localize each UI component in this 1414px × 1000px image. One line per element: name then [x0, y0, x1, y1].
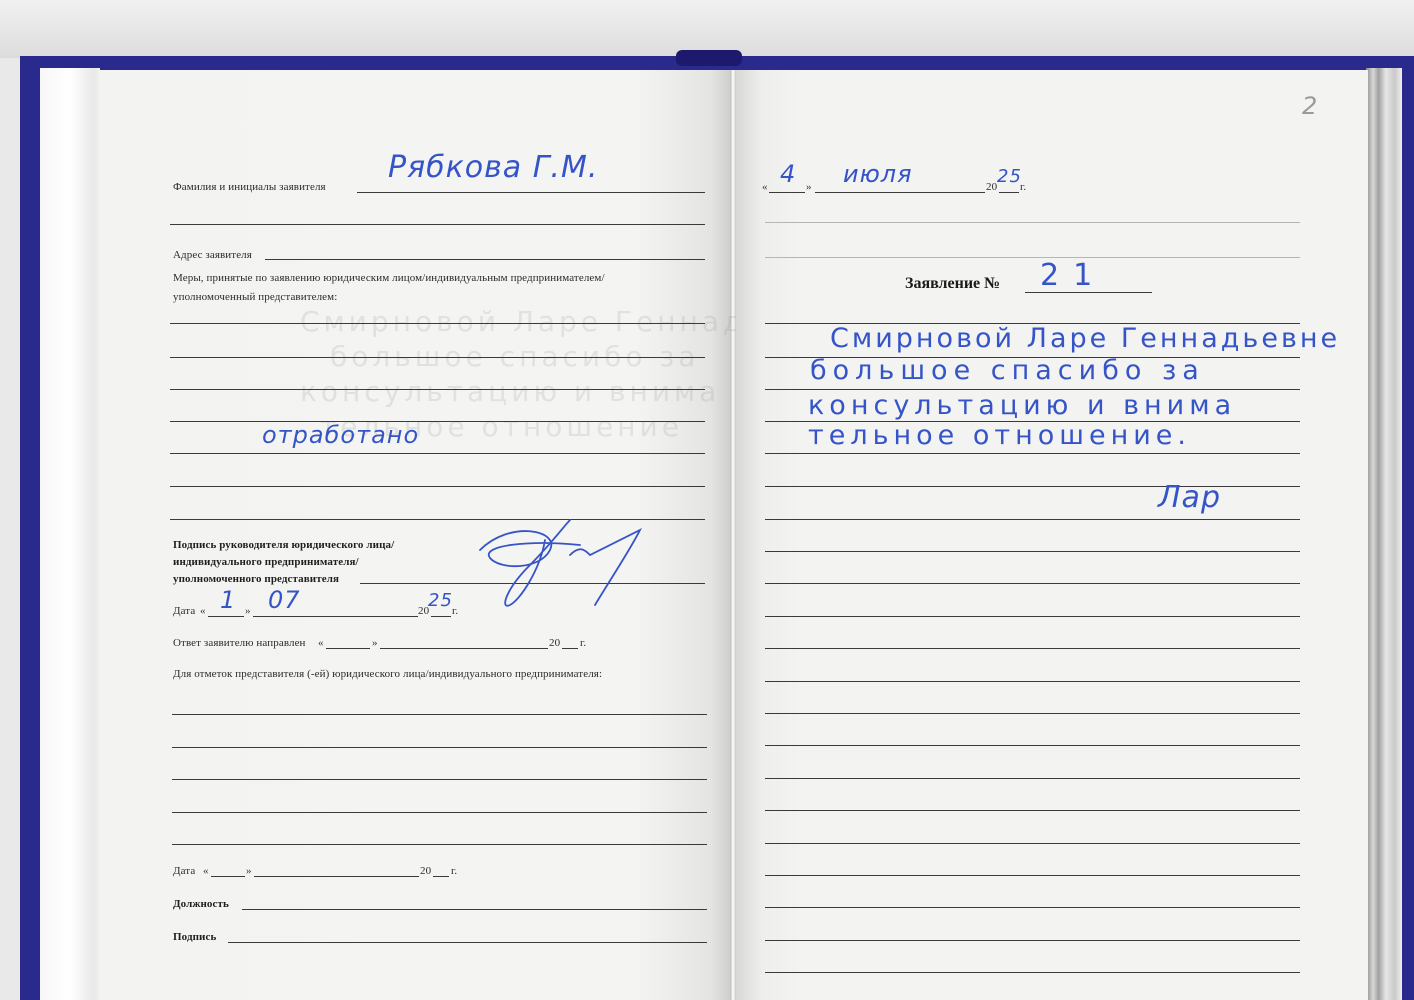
book-spine-binding	[676, 50, 742, 66]
applicant-name-field[interactable]: Рябкова Г.М.	[388, 150, 598, 185]
bleed-through-line	[765, 222, 1300, 223]
date2-month-field[interactable]	[254, 876, 419, 877]
body-text-line-4[interactable]: тельное отношение.	[808, 420, 1191, 451]
signature-label-2: индивидуального предпринимателя/	[173, 556, 359, 568]
quote-close: »	[372, 637, 378, 649]
right-date-day-field[interactable]	[769, 192, 805, 193]
answer-year-field[interactable]	[562, 648, 578, 649]
statement-number-value: 21	[1040, 258, 1106, 293]
right-date-month-value: июля	[843, 160, 913, 188]
date-month-field[interactable]	[253, 616, 418, 617]
quote-open: «	[200, 605, 206, 617]
body-line	[765, 972, 1300, 973]
body-line	[765, 940, 1300, 941]
right-page	[736, 70, 1368, 1000]
applicant-signature[interactable]: Лар	[1158, 480, 1221, 515]
body-line	[765, 713, 1300, 714]
date-year-value: 25	[428, 590, 453, 611]
body-line	[765, 519, 1300, 520]
body-text-line-3[interactable]: консультацию и внима	[808, 390, 1236, 421]
sign-label: Подпись	[173, 931, 216, 943]
official-signature[interactable]	[470, 510, 670, 620]
measures-line	[170, 357, 705, 358]
page-number: 2	[1302, 92, 1317, 120]
notes-line[interactable]	[172, 747, 707, 748]
date2-day-field[interactable]	[211, 876, 245, 877]
body-line	[765, 648, 1300, 649]
body-line	[765, 453, 1300, 454]
notes-line[interactable]	[172, 844, 707, 845]
right-date-day-value: 4	[780, 160, 796, 188]
body-line	[765, 907, 1300, 908]
measures-line	[170, 486, 705, 487]
right-date-year-value: 25	[997, 166, 1022, 187]
date-day-field[interactable]	[208, 616, 244, 617]
date2-year-prefix: 20	[420, 865, 431, 877]
position-label: Должность	[173, 898, 229, 910]
answer-label: Ответ заявителю направлен	[173, 637, 306, 649]
measures-line	[170, 323, 705, 324]
right-date-month-field[interactable]	[815, 192, 985, 193]
body-line	[765, 810, 1300, 811]
body-line	[765, 583, 1300, 584]
measures-line	[170, 453, 705, 454]
date2-label: Дата	[173, 865, 195, 877]
right-date-year-suffix: г.	[1020, 181, 1026, 193]
measures-line	[170, 421, 705, 422]
quote-open: «	[318, 637, 324, 649]
body-line	[765, 551, 1300, 552]
statement-title: Заявление №	[905, 275, 1000, 293]
address-label: Адрес заявителя	[173, 249, 252, 261]
answer-month-field[interactable]	[380, 648, 548, 649]
body-line	[765, 616, 1300, 617]
quote-open: «	[762, 181, 768, 193]
body-text-line-1[interactable]: Смирновой Ларе Геннадьевне	[830, 323, 1340, 354]
measures-label: Меры, принятые по заявлению юридическим …	[173, 272, 605, 284]
date-day-value: 1	[220, 586, 236, 614]
quote-close: »	[246, 865, 252, 877]
body-line	[765, 745, 1300, 746]
bleed-through-line	[765, 257, 1300, 258]
body-line	[765, 778, 1300, 779]
quote-close: »	[245, 605, 251, 617]
notes-label: Для отметок представителя (-ей) юридичес…	[173, 668, 602, 680]
measures-label-2: уполномоченный представителем:	[173, 291, 337, 303]
right-page-stack	[1366, 68, 1402, 1000]
answer-day-field[interactable]	[326, 648, 370, 649]
notes-line[interactable]	[172, 779, 707, 780]
date-month-value: 07	[268, 586, 301, 614]
right-date-year-field[interactable]	[999, 192, 1019, 193]
measures-field[interactable]: отработано	[262, 421, 419, 449]
date-label: Дата	[173, 605, 195, 617]
bleed-through-text: консультацию и внима	[300, 375, 720, 408]
quote-close: »	[806, 181, 812, 193]
notes-line[interactable]	[172, 812, 707, 813]
left-page-stack	[40, 68, 100, 1000]
applicant-field-line	[357, 192, 705, 193]
body-line	[765, 681, 1300, 682]
applicant-field-line-2	[170, 224, 705, 225]
body-line	[765, 875, 1300, 876]
sign-field[interactable]	[228, 942, 707, 943]
quote-open: «	[203, 865, 209, 877]
signature-label-3: уполномоченного представителя	[173, 573, 339, 585]
applicant-label: Фамилия и инициалы заявителя	[173, 181, 326, 193]
date-year-suffix: г.	[452, 605, 458, 617]
date2-year-suffix: г.	[451, 865, 457, 877]
signature-label: Подпись руководителя юридического лица/	[173, 539, 394, 551]
date2-year-field[interactable]	[433, 876, 449, 877]
answer-year-suffix: г.	[580, 637, 586, 649]
position-field[interactable]	[242, 909, 707, 910]
answer-year-prefix: 20	[549, 637, 560, 649]
body-text-line-2[interactable]: большое спасибо за	[810, 355, 1205, 386]
right-date-year-prefix: 20	[986, 181, 997, 193]
date-year-field[interactable]	[431, 616, 451, 617]
address-field[interactable]	[265, 259, 705, 260]
notes-line[interactable]	[172, 714, 707, 715]
measures-line	[170, 389, 705, 390]
body-line	[765, 843, 1300, 844]
